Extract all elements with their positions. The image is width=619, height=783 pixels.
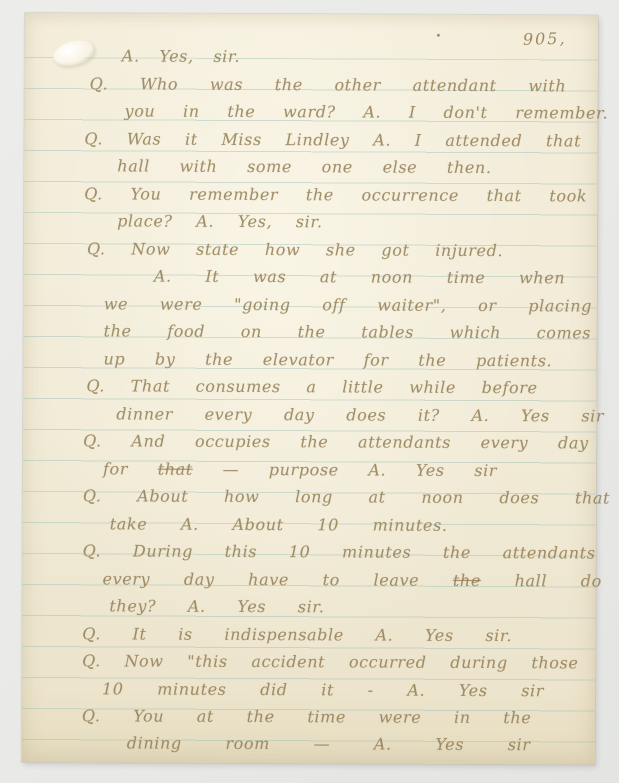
page-number: 905, [523, 29, 567, 49]
handwritten-line: Q. Was it Miss Lindley A. I attended tha… [84, 128, 581, 152]
handwritten-line: Q. Now "this accident occurred during th… [82, 650, 578, 674]
handwritten-line: Q. About how long at noon does that [83, 485, 610, 509]
line-segment: for [103, 459, 158, 478]
embossed-seal [50, 36, 97, 70]
document-page: 905, A. Yes, sir. Q. Who was the other a… [22, 13, 598, 764]
line-segment: hall do [481, 571, 602, 591]
struck-word: that [158, 460, 193, 479]
handwritten-line: Q. Who was the other attendant with [90, 73, 567, 97]
handwritten-line: take A. About 10 minutes. [110, 513, 448, 536]
handwritten-line: dining room — A. Yes sir [127, 732, 531, 756]
struck-word: the [453, 571, 481, 590]
handwritten-line: A. It was at noon time when [154, 266, 565, 290]
handwritten-line: every day have to leave the hall do [102, 568, 601, 592]
handwritten-line: dinner every day does it? A. Yes sir [116, 403, 604, 427]
handwritten-line: hall with some one else then. [117, 155, 491, 179]
line-segment: every day have to leave [102, 569, 452, 590]
line-segment: — purpose A. Yes sir [193, 460, 497, 480]
handwritten-line: we were "going off waiter", or placing [104, 293, 592, 317]
handwritten-line: Q. That consumes a little while before [86, 375, 537, 399]
handwritten-line: you in the ward? A. I don't remember. [125, 100, 609, 124]
handwritten-line: A. Yes, sir. [122, 45, 240, 68]
handwritten-line: they? A. Yes sir. [109, 595, 324, 618]
handwritten-line: Q. And occupies the attendants every day [83, 430, 589, 454]
handwritten-line: Q. You at the time were in the [82, 705, 531, 729]
handwritten-line: Q. Now state how she got injured. [87, 238, 503, 262]
handwritten-line: Q. It is indispensable A. Yes sir. [82, 623, 512, 647]
handwritten-line: Q. During this 10 minutes the attendants [83, 540, 596, 564]
handwritten-line: Q. You remember the occurrence that took [84, 183, 587, 207]
scan-background: 905, A. Yes, sir. Q. Who was the other a… [0, 0, 619, 783]
handwritten-line: up by the elevator for the patients. [103, 348, 552, 372]
handwritten-line: for that — purpose A. Yes sir [103, 458, 497, 482]
handwritten-line: 10 minutes did it - A. Yes sir [102, 678, 544, 702]
handwritten-line: place? A. Yes, sir. [117, 210, 323, 233]
handwritten-line: the food on the tables which comes [104, 320, 592, 344]
ink-speck [437, 34, 440, 37]
